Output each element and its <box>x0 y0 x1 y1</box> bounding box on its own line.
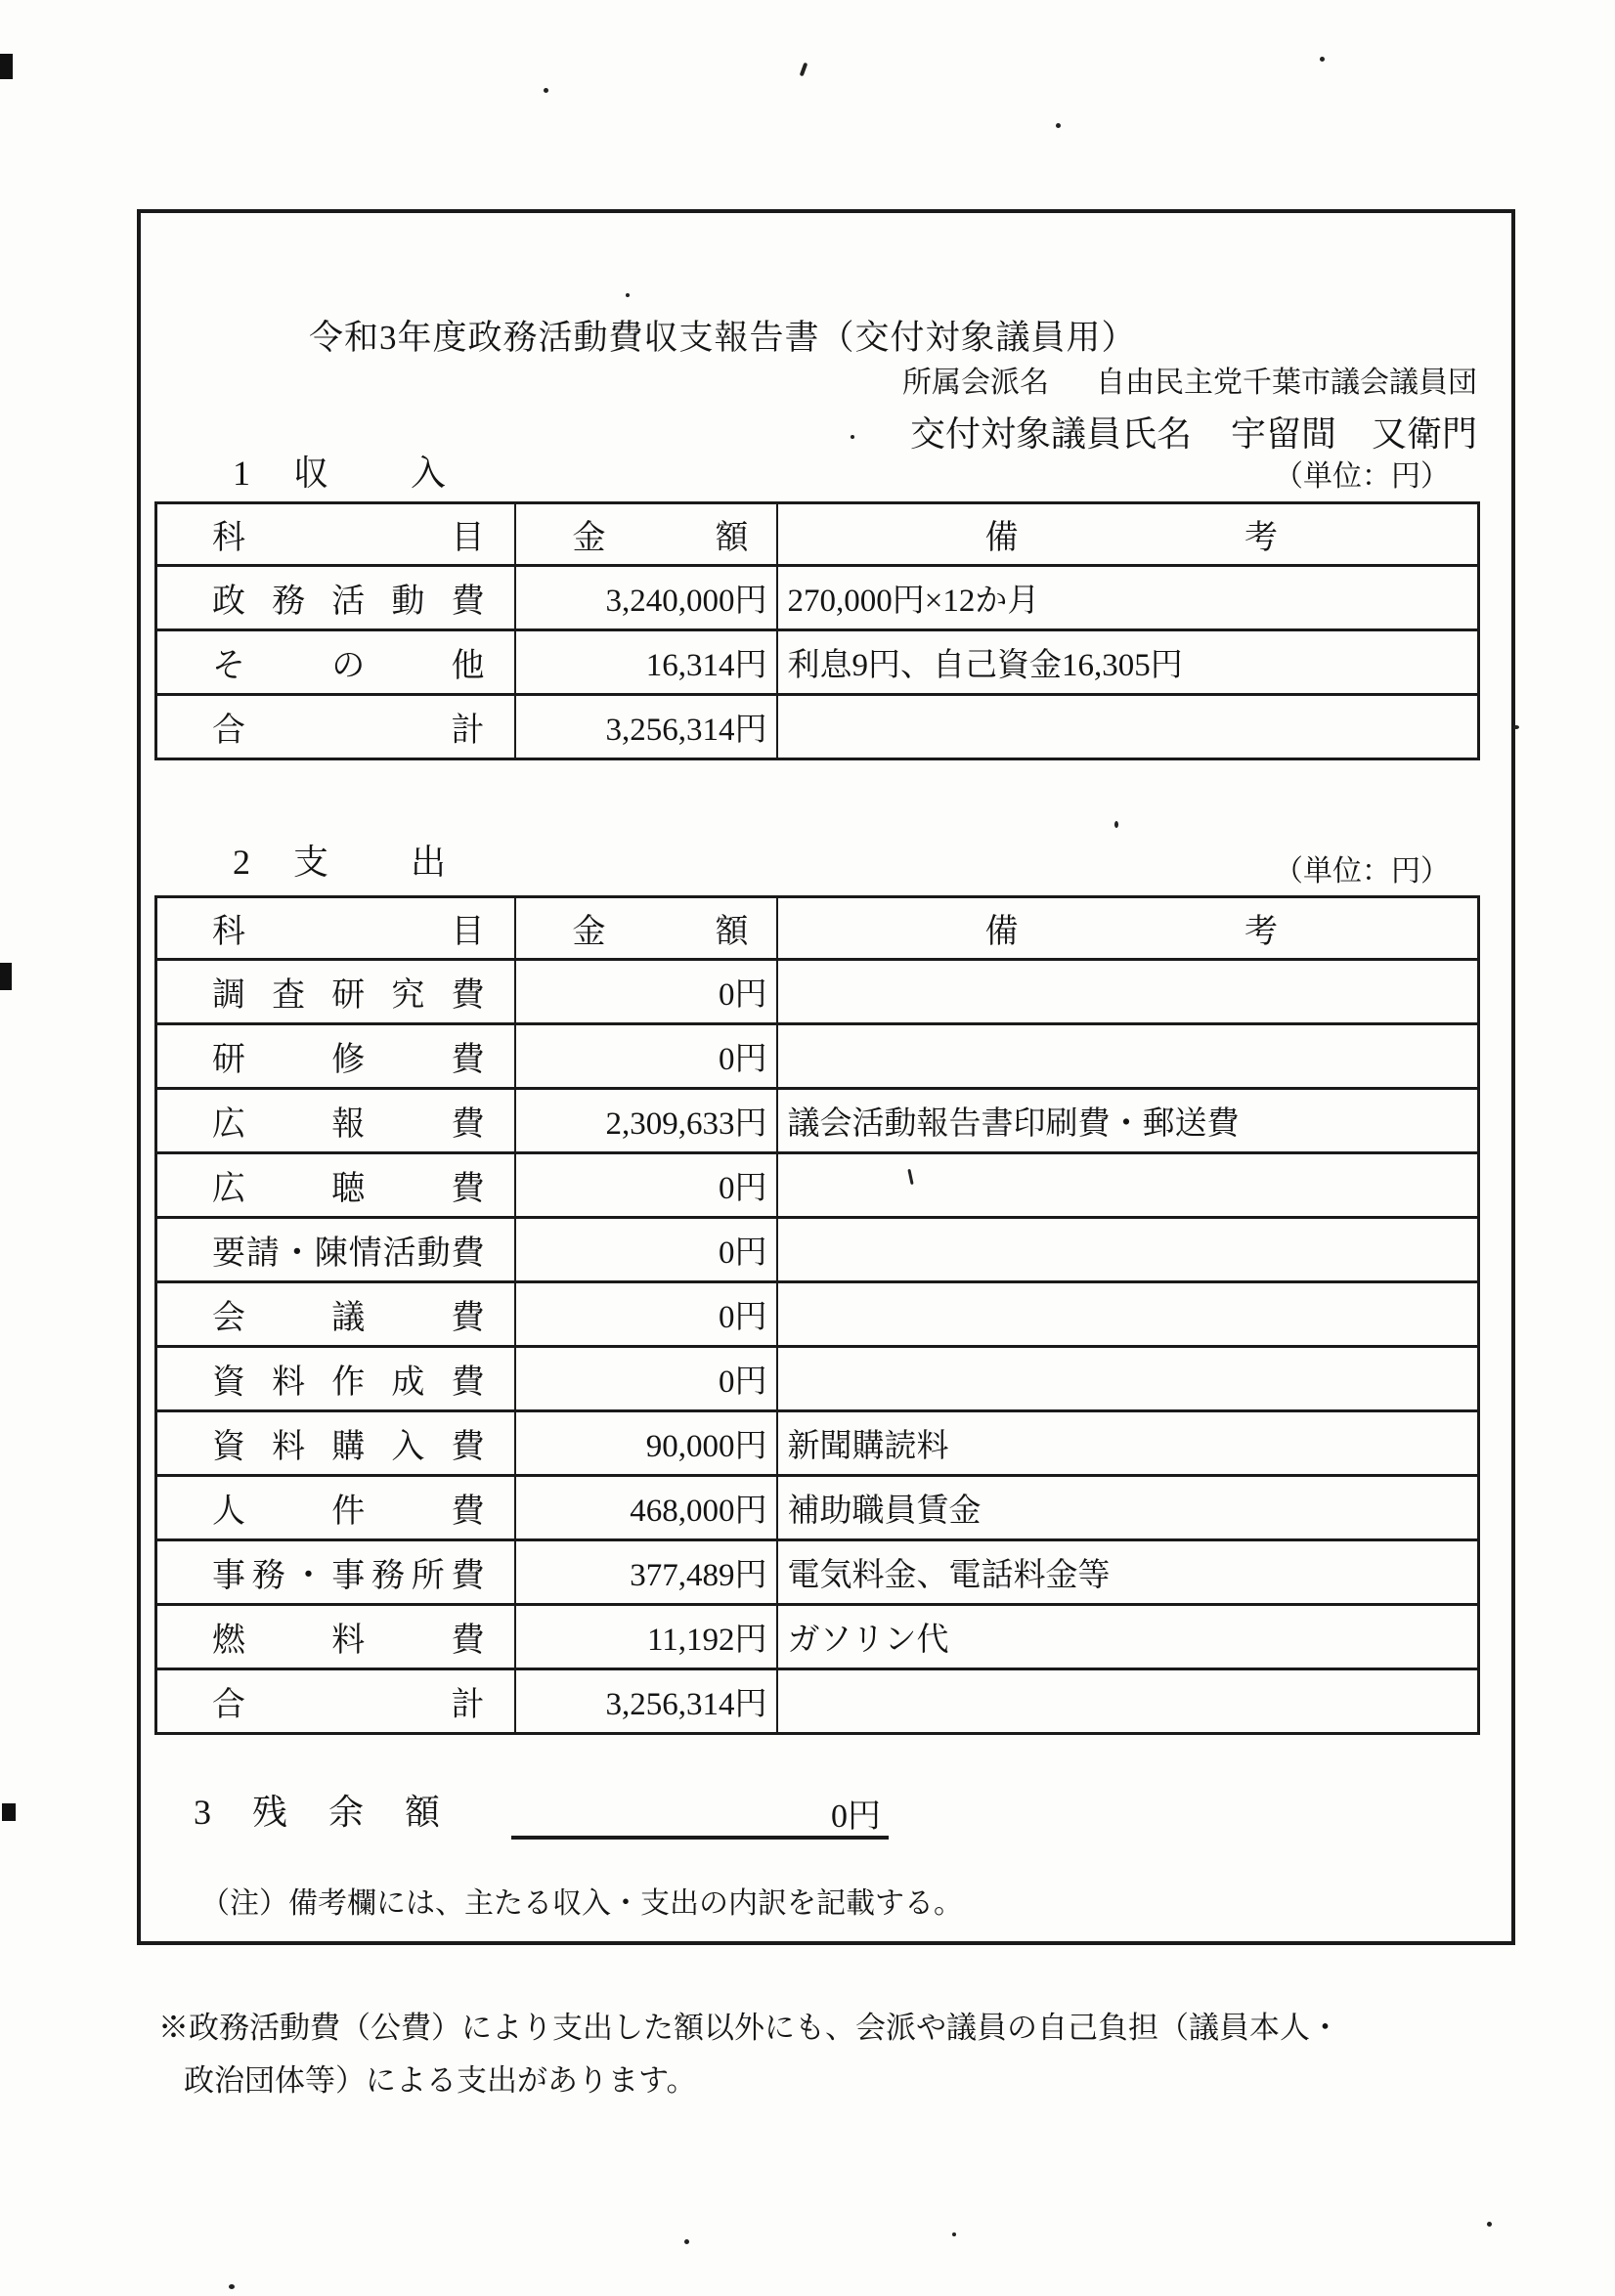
affiliation-value: 自由民主党千葉市議会議員団 <box>1096 367 1477 399</box>
expense-row: 人件費 468,000円 補助職員賃金 <box>156 1476 1479 1540</box>
expense-row-subject: 広聴費 <box>156 1153 515 1218</box>
expense-row-remarks: 議会活動報告書印刷費・郵送費 <box>777 1089 1479 1153</box>
expense-row-remarks: 補助職員賃金 <box>777 1476 1479 1540</box>
income-row-remarks: 利息9円、自己資金16,305円 <box>777 630 1479 695</box>
income-row: その他 16,314円 利息9円、自己資金16,305円 <box>156 630 1479 695</box>
expense-row-subject: 会議費 <box>156 1282 515 1347</box>
expense-row-subject: 人件費 <box>156 1476 515 1540</box>
expense-row-amount: 11,192円 <box>515 1605 777 1669</box>
income-total-remarks <box>777 695 1479 759</box>
expense-col-amount: 金額 <box>515 897 777 960</box>
scan-speck <box>800 63 808 77</box>
income-row-remarks: 270,000円×12か月 <box>777 566 1479 630</box>
income-unit-label: （単位：円） <box>1274 452 1450 495</box>
scan-speck <box>851 435 854 439</box>
expense-unit-label: （単位：円） <box>1274 846 1450 889</box>
scan-speck <box>544 88 548 93</box>
footnote-line-1: ※政務活動費（公費）により支出した額以外にも、会派や議員の自己負担（議員本人・ <box>158 2002 1340 2055</box>
expense-row: 広報費 2,309,633円 議会活動報告書印刷費・郵送費 <box>156 1089 1479 1153</box>
income-header-row: 科目 金額 備考 <box>156 503 1479 566</box>
expense-row-remarks: ガソリン代 <box>777 1605 1479 1669</box>
expense-row-amount: 0円 <box>515 1218 777 1282</box>
expense-row-remarks: 電気料金、電話料金等 <box>777 1540 1479 1605</box>
income-row-amount: 3,240,000円 <box>515 566 777 630</box>
scan-speck <box>0 54 13 79</box>
expense-total-amount: 3,256,314円 <box>515 1669 777 1734</box>
expense-row: 資料作成費 0円 <box>156 1347 1479 1411</box>
expense-table: 科目 金額 備考 調査研究費 0円 研修費 0円 広報費 2,309,633円 … <box>154 895 1480 1735</box>
expense-col-subject: 科目 <box>156 897 515 960</box>
expense-row-subject: 調査研究費 <box>156 960 515 1024</box>
income-table: 科目 金額 備考 政務活動費 3,240,000円 270,000円×12か月 … <box>154 501 1480 760</box>
remainder-section-heading: 3 残 余 額 <box>194 1785 443 1835</box>
expense-row-amount: 0円 <box>515 1024 777 1089</box>
affiliation-line: 所属会派名自由民主党千葉市議会議員団 <box>902 358 1477 401</box>
expense-row-subject: 資料購入費 <box>156 1411 515 1476</box>
expense-row: 研修費 0円 <box>156 1024 1479 1089</box>
income-col-amount: 金額 <box>515 503 777 566</box>
affiliation-label: 所属会派名 <box>902 367 1049 399</box>
income-row-subject: 政務活動費 <box>156 566 515 630</box>
scan-speck <box>684 2239 689 2244</box>
income-col-subject: 科目 <box>156 503 515 566</box>
scanned-report-page: 令和3年度政務活動費収支報告書（交付対象議員用） 所属会派名自由民主党千葉市議会… <box>0 0 1615 2296</box>
expense-row-subject: 事務・事務所費 <box>156 1540 515 1605</box>
expense-row-amount: 468,000円 <box>515 1476 777 1540</box>
expense-row-remarks <box>777 1347 1479 1411</box>
expense-header-row: 科目 金額 備考 <box>156 897 1479 960</box>
expense-row-remarks <box>777 1153 1479 1218</box>
expense-row-subject: 資料作成費 <box>156 1347 515 1411</box>
remainder-underline <box>511 1836 889 1840</box>
expense-row-amount: 0円 <box>515 1282 777 1347</box>
income-total-amount: 3,256,314円 <box>515 695 777 759</box>
expense-row-amount: 0円 <box>515 1347 777 1411</box>
expense-total-row: 合計 3,256,314円 <box>156 1669 1479 1734</box>
expense-row: 事務・事務所費 377,489円 電気料金、電話料金等 <box>156 1540 1479 1605</box>
expense-row-amount: 90,000円 <box>515 1411 777 1476</box>
income-row-subject: その他 <box>156 630 515 695</box>
scan-speck <box>2 1803 16 1821</box>
expense-row: 会議費 0円 <box>156 1282 1479 1347</box>
expense-row-remarks <box>777 1282 1479 1347</box>
expense-section-heading: 2 支 出 <box>233 835 450 885</box>
expense-row: 要請・陳情活動費 0円 <box>156 1218 1479 1282</box>
member-value: 宇留間 又衛門 <box>1231 414 1477 454</box>
expense-row-subject: 研修費 <box>156 1024 515 1089</box>
footnote-line-2: 政治団体等）による支出があります。 <box>158 2055 1340 2107</box>
expense-row: 資料購入費 90,000円 新聞購読料 <box>156 1411 1479 1476</box>
income-total-subject: 合計 <box>156 695 515 759</box>
scan-speck <box>952 2232 956 2236</box>
scan-speck <box>1056 123 1061 128</box>
member-label: 交付対象議員氏名 <box>910 414 1192 454</box>
expense-row-amount: 0円 <box>515 1153 777 1218</box>
footnote: ※政務活動費（公費）により支出した額以外にも、会派や議員の自己負担（議員本人・ … <box>158 2002 1340 2107</box>
expense-row-remarks <box>777 960 1479 1024</box>
expense-row-amount: 0円 <box>515 960 777 1024</box>
expense-total-subject: 合計 <box>156 1669 515 1734</box>
scan-speck <box>229 2284 235 2289</box>
income-row: 政務活動費 3,240,000円 270,000円×12か月 <box>156 566 1479 630</box>
member-name-line: 交付対象議員氏名宇留間 又衛門 <box>910 407 1477 456</box>
scan-speck <box>626 293 630 297</box>
expense-row-remarks: 新聞購読料 <box>777 1411 1479 1476</box>
expense-row: 調査研究費 0円 <box>156 960 1479 1024</box>
scan-speck <box>1487 2222 1492 2227</box>
income-col-remarks: 備考 <box>777 503 1479 566</box>
expense-row-remarks <box>777 1218 1479 1282</box>
expense-row-amount: 2,309,633円 <box>515 1089 777 1153</box>
expense-row: 広聴費 0円 <box>156 1153 1479 1218</box>
income-total-row: 合計 3,256,314円 <box>156 695 1479 759</box>
expense-col-remarks: 備考 <box>777 897 1479 960</box>
scan-speck <box>1114 821 1118 828</box>
expense-row-subject: 広報費 <box>156 1089 515 1153</box>
expense-total-remarks <box>777 1669 1479 1734</box>
income-row-amount: 16,314円 <box>515 630 777 695</box>
scan-speck <box>0 963 12 990</box>
expense-row-subject: 要請・陳情活動費 <box>156 1218 515 1282</box>
remainder-value: 0円 <box>511 1789 889 1837</box>
expense-row-remarks <box>777 1024 1479 1089</box>
scan-speck <box>1320 57 1325 62</box>
expense-row: 燃料費 11,192円 ガソリン代 <box>156 1605 1479 1669</box>
remarks-note: （注）備考欄には、主たる収入・支出の内訳を記載する。 <box>200 1879 963 1922</box>
expense-row-amount: 377,489円 <box>515 1540 777 1605</box>
income-section-heading: 1 収 入 <box>233 446 450 496</box>
scan-speck <box>1513 725 1519 729</box>
document-title: 令和3年度政務活動費収支報告書（交付対象議員用） <box>309 311 1137 360</box>
expense-row-subject: 燃料費 <box>156 1605 515 1669</box>
